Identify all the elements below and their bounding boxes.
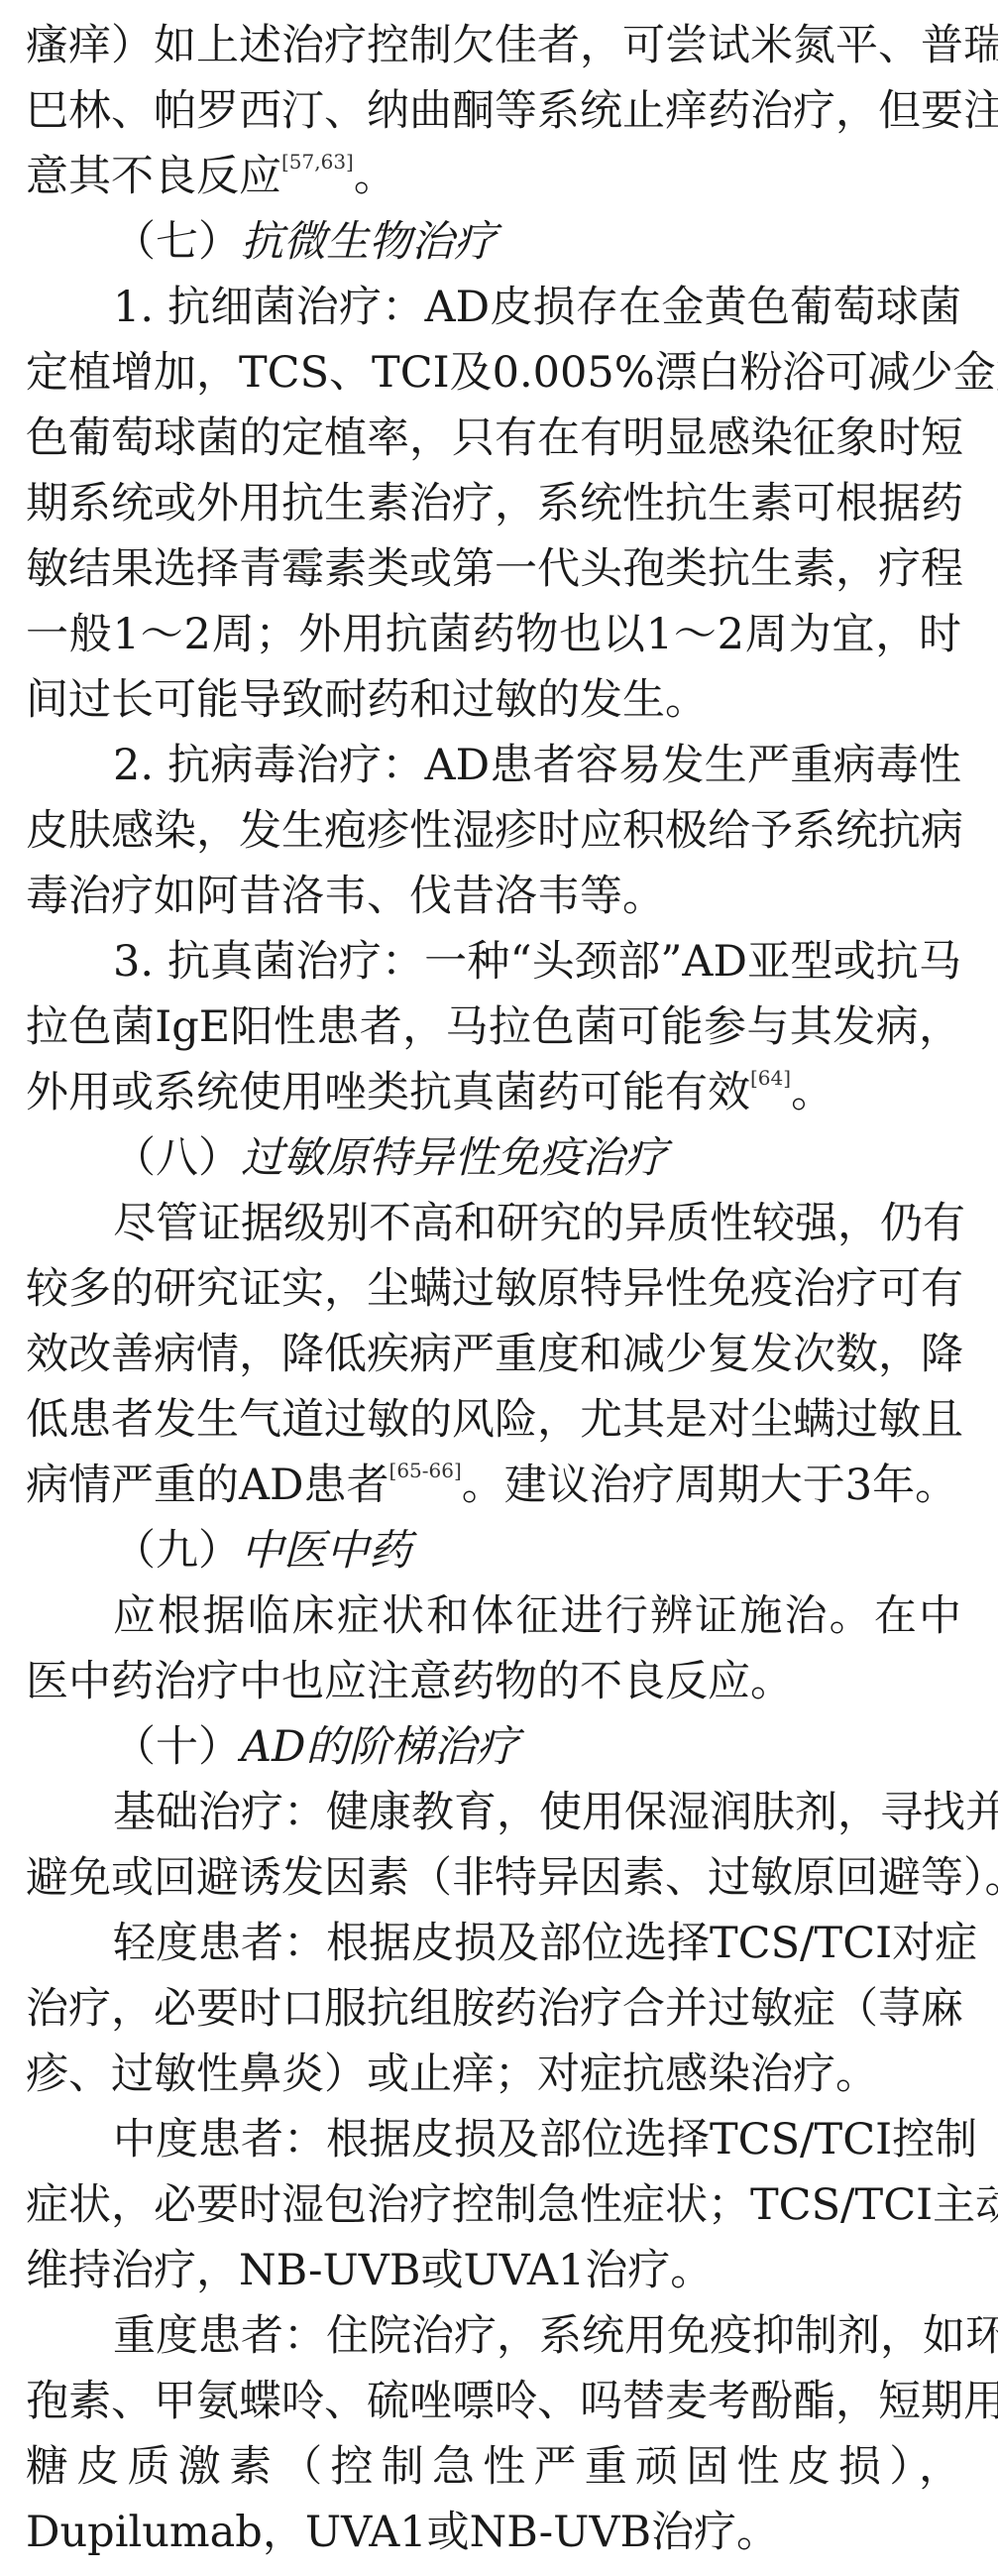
text-line: 较多的研究证实，尘螨过敏原特异性免疫治疗可有 [26, 1256, 961, 1322]
text-line: 间过长可能导致耐药和过敏的发生。 [26, 667, 961, 733]
text-line: 皮肤感染，发生疱疹性湿疹时应积极给予系统抗病 [26, 798, 961, 864]
text-line: 色葡萄球菌的定植率，只有在有明显感染征象时短 [26, 406, 961, 471]
text-line: 效改善病情，降低疾病严重度和减少复发次数，降 [26, 1322, 961, 1387]
text-segment: 病情严重的AD患者 [26, 1461, 389, 1510]
section-heading-allergen-immunotherapy: （八）过敏原特异性免疫治疗 [26, 1125, 961, 1191]
text-line: 疹、过敏性鼻炎）或止痒；对症抗感染治疗。 [26, 2042, 961, 2107]
citation-ref: [65-66] [389, 1459, 462, 1482]
paragraph-immunotherapy: 尽管证据级别不高和研究的异质性较强，仍有 较多的研究证实，尘螨过敏原特异性免疫治… [26, 1191, 961, 1518]
paragraph-antibacterial: 1. 抗细菌治疗：AD皮损存在金黄色葡萄球菌 定植增加，TCS、TCI及0.00… [26, 275, 961, 733]
text-line: 孢素、甲氨蝶呤、硫唑嘌呤、吗替麦考酚酯，短期用 [26, 2369, 961, 2434]
text-line: 尽管证据级别不高和研究的异质性较强，仍有 [26, 1191, 961, 1256]
text-line: 敏结果选择青霉素类或第一代头孢类抗生素，疗程 [26, 536, 961, 602]
paragraph-antipruritic-continuation: 瘙痒）如上述治疗控制欠佳者，可尝试米氮平、普瑞 巴林、帕罗西汀、纳曲酮等系统止痒… [26, 13, 961, 209]
text-line: 中度患者：根据皮损及部位选择TCS/TCI控制 [26, 2107, 961, 2172]
section-heading-stepwise-treatment: （十）AD的阶梯治疗 [26, 1714, 961, 1780]
text-line: Dupilumab，UVA1或NB-UVB治疗。 [26, 2500, 961, 2565]
text-line: 低患者发生气道过敏的风险，尤其是对尘螨过敏且 [26, 1387, 961, 1453]
text-line: 症状，必要时湿包治疗控制急性症状；TCS/TCI主动 [26, 2172, 961, 2238]
text-line: 拉色菌IgE阳性患者，马拉色菌可能参与其发病， [26, 995, 961, 1060]
paragraph-mild-patients: 轻度患者：根据皮损及部位选择TCS/TCI对症 治疗，必要时口服抗组胺药治疗合并… [26, 1911, 961, 2107]
text-line: 医中药治疗中也应注意药物的不良反应。 [26, 1649, 961, 1714]
text-segment: 。建议治疗周期大于3年。 [462, 1461, 957, 1510]
text-line: 毒治疗如阿昔洛韦、伐昔洛韦等。 [26, 864, 961, 929]
text-line: 糖皮质激素（控制急性严重顽固性皮损）， [26, 2434, 961, 2500]
section-heading-tcm: （九）中医中药 [26, 1518, 961, 1583]
paragraph-basic-treatment: 基础治疗：健康教育，使用保湿润肤剂，寻找并 避免或回避诱发因素（非特异因素、过敏… [26, 1780, 961, 1911]
text-line: 1. 抗细菌治疗：AD皮损存在金黄色葡萄球菌 [26, 275, 961, 340]
document-page: 瘙痒）如上述治疗控制欠佳者，可尝试米氮平、普瑞 巴林、帕罗西汀、纳曲酮等系统止痒… [26, 13, 961, 2565]
text-segment: 意其不良反应 [26, 152, 281, 201]
text-line: 基础治疗：健康教育，使用保湿润肤剂，寻找并 [26, 1780, 961, 1845]
heading-number: （八） [113, 1133, 241, 1183]
section-heading-antimicrobial: （七）抗微生物治疗 [26, 209, 961, 275]
text-line: 避免或回避诱发因素（非特异因素、过敏原回避等）。 [26, 1845, 961, 1911]
text-line: 定植增加，TCS、TCI及0.005%漂白粉浴可减少金黄 [26, 340, 961, 406]
heading-title: 中医中药 [241, 1526, 411, 1576]
heading-title: 过敏原特异性免疫治疗 [241, 1133, 667, 1183]
heading-number: （十） [113, 1722, 241, 1772]
text-line: 维持治疗，NB-UVB或UVA1治疗。 [26, 2238, 961, 2303]
heading-title: AD的阶梯治疗 [241, 1722, 519, 1772]
text-line: 病情严重的AD患者[65-66]。建议治疗周期大于3年。 [26, 1453, 961, 1518]
paragraph-severe-patients: 重度患者：住院治疗，系统用免疫抑制剂，如环 孢素、甲氨蝶呤、硫唑嘌呤、吗替麦考酚… [26, 2303, 961, 2565]
text-line: 应根据临床症状和体征进行辨证施治。在中 [26, 1583, 961, 1649]
text-line: 重度患者：住院治疗，系统用免疫抑制剂，如环 [26, 2303, 961, 2369]
citation-ref: [64] [750, 1066, 791, 1090]
text-line: 瘙痒）如上述治疗控制欠佳者，可尝试米氮平、普瑞 [26, 13, 961, 78]
paragraph-antiviral: 2. 抗病毒治疗：AD患者容易发生严重病毒性 皮肤感染，发生疱疹性湿疹时应积极给… [26, 733, 961, 929]
text-line: 3. 抗真菌治疗：一种“头颈部”AD亚型或抗马 [26, 929, 961, 995]
text-segment: 。 [354, 152, 396, 201]
heading-number: （七） [113, 217, 241, 267]
heading-title: 抗微生物治疗 [241, 217, 497, 267]
text-line: 轻度患者：根据皮损及部位选择TCS/TCI对症 [26, 1911, 961, 1976]
text-line: 意其不良反应[57,63]。 [26, 144, 961, 209]
text-line: 外用或系统使用唑类抗真菌药可能有效[64]。 [26, 1060, 961, 1125]
text-line: 治疗，必要时口服抗组胺药治疗合并过敏症（荨麻 [26, 1976, 961, 2042]
heading-number: （九） [113, 1526, 241, 1576]
text-segment: 外用或系统使用唑类抗真菌药可能有效 [26, 1068, 750, 1117]
paragraph-antifungal: 3. 抗真菌治疗：一种“头颈部”AD亚型或抗马 拉色菌IgE阳性患者，马拉色菌可… [26, 929, 961, 1125]
text-segment: 。 [791, 1068, 833, 1117]
citation-ref: [57,63] [281, 150, 354, 174]
paragraph-moderate-patients: 中度患者：根据皮损及部位选择TCS/TCI控制 症状，必要时湿包治疗控制急性症状… [26, 2107, 961, 2303]
text-line: 一般1～2周；外用抗菌药物也以1～2周为宜，时 [26, 602, 961, 667]
text-line: 巴林、帕罗西汀、纳曲酮等系统止痒药治疗，但要注 [26, 78, 961, 144]
paragraph-tcm: 应根据临床症状和体征进行辨证施治。在中 医中药治疗中也应注意药物的不良反应。 [26, 1583, 961, 1714]
text-line: 期系统或外用抗生素治疗，系统性抗生素可根据药 [26, 471, 961, 536]
text-line: 2. 抗病毒治疗：AD患者容易发生严重病毒性 [26, 733, 961, 798]
